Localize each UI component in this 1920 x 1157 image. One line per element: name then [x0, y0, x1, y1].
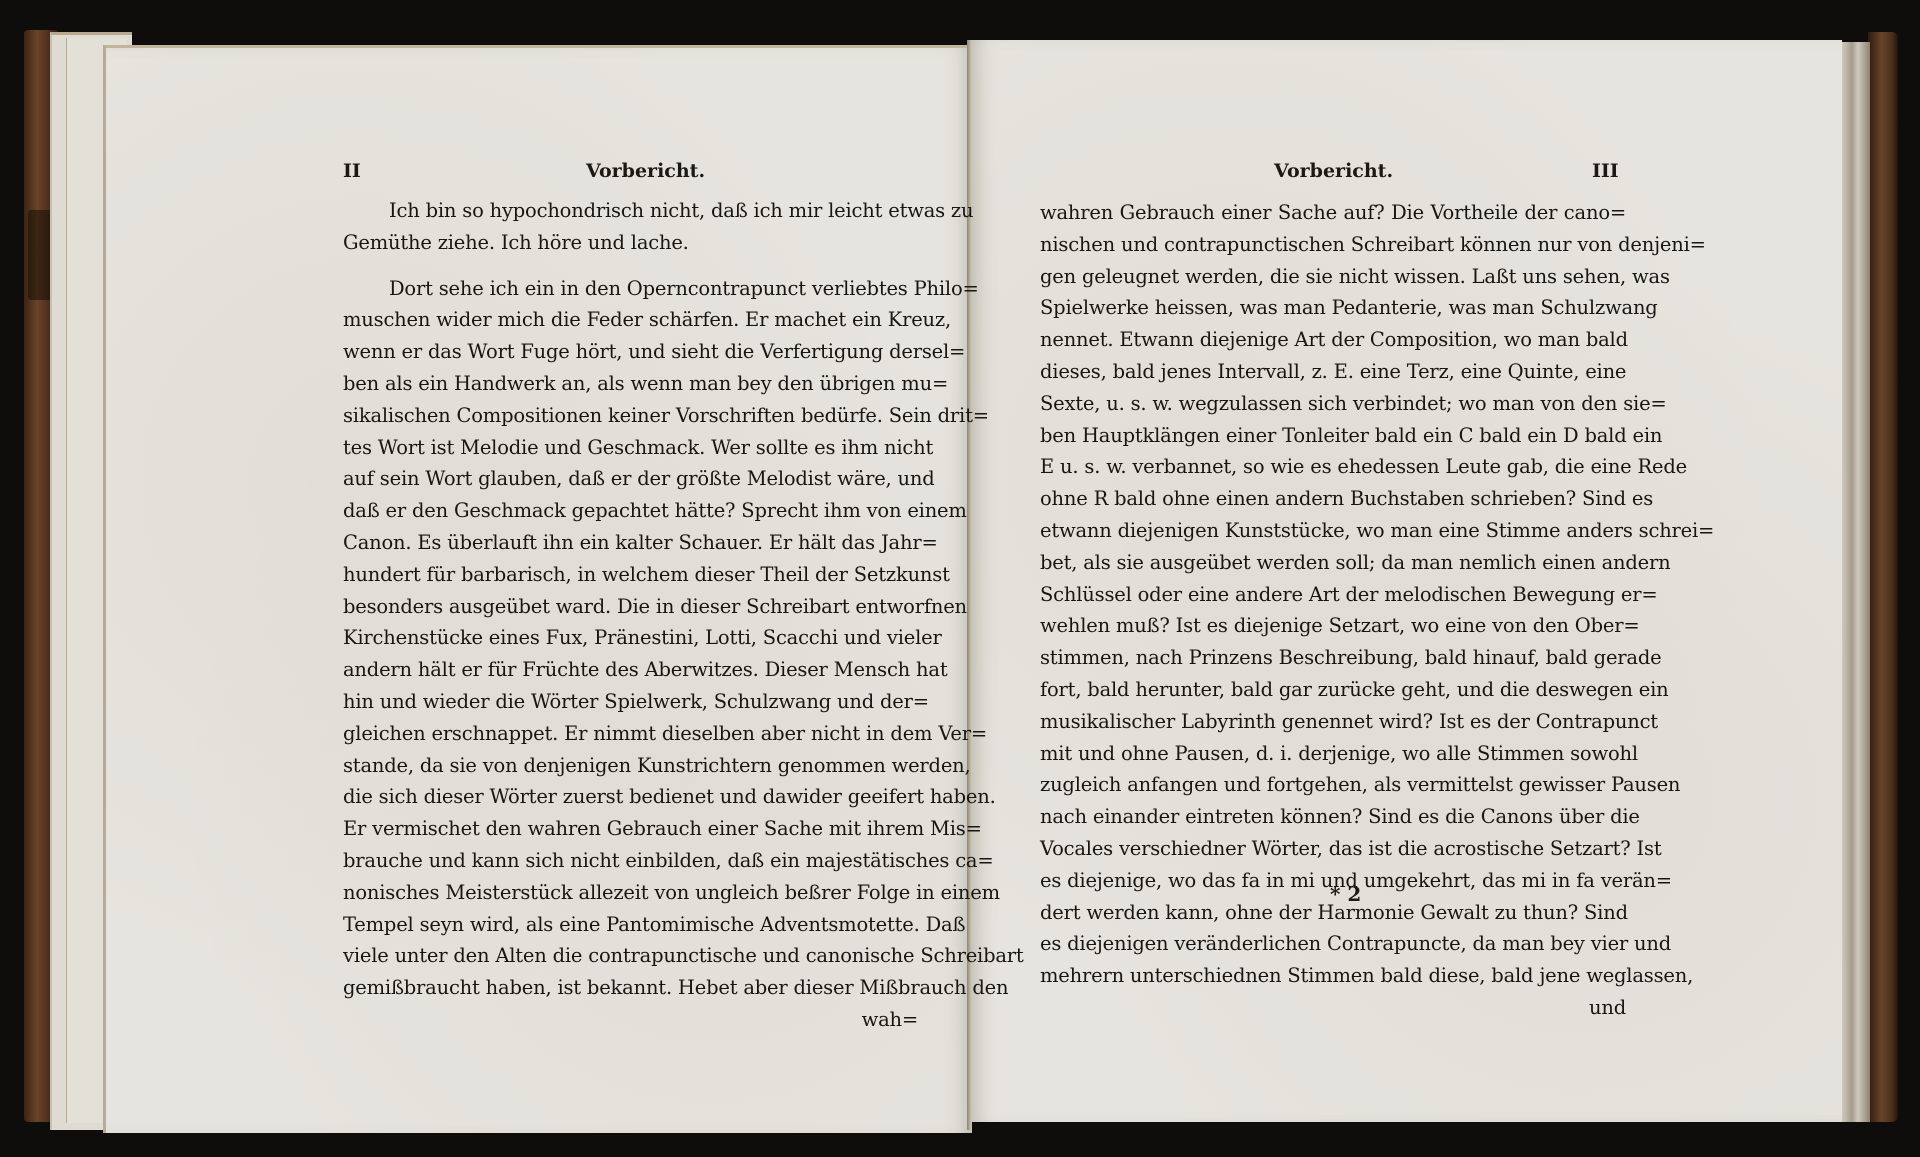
text-line: Er vermischet den wahren Gebrauch einer … [343, 813, 918, 845]
text-line: wenn er das Wort Fuge hört, und sieht di… [343, 336, 918, 368]
text-line: zugleich anfangen und fortgehen, als ver… [1040, 769, 1626, 801]
text-line: Kirchenstücke eines Fux, Pränestini, Lot… [343, 622, 918, 654]
text-line: ohne R bald ohne einen andern Buchstaben… [1040, 483, 1626, 515]
text-line: Dort sehe ich ein in den Operncontrapunc… [343, 273, 918, 305]
text-line: hundert für barbarisch, in welchem diese… [343, 559, 918, 591]
text-line: daß er den Geschmack gepachtet hätte? Sp… [343, 495, 918, 527]
text-line: Tempel seyn wird, als eine Pantomimische… [343, 909, 918, 941]
text-line: Gemüthe ziehe. Ich höre und lache. [343, 227, 918, 259]
text-line: es diejenigen veränderlichen Contrapunct… [1040, 928, 1626, 960]
text-line: Sexte, u. s. w. wegzulassen sich verbind… [1040, 388, 1626, 420]
text-line: Vocales verschiedner Wörter, das ist die… [1040, 833, 1626, 865]
text-line: Schlüssel oder eine andere Art der melod… [1040, 579, 1626, 611]
text-line: brauche und kann sich nicht einbilden, d… [343, 845, 918, 877]
text-line: sikalischen Compositionen keiner Vorschr… [343, 400, 918, 432]
right-page-number: III [1592, 160, 1619, 182]
text-line: nonisches Meisterstück allezeit von ungl… [343, 877, 918, 909]
text-line: hin und wieder die Wörter Spielwerk, Sch… [343, 686, 918, 718]
text-line: stande, da sie von denjenigen Kunstricht… [343, 750, 918, 782]
catchword: wah= [343, 1004, 918, 1036]
text-line: etwann diejenigen Kunststücke, wo man ei… [1040, 515, 1626, 547]
text-line: mehrern unterschiednen Stimmen bald dies… [1040, 960, 1626, 992]
text-line: E u. s. w. verbannet, so wie es ehedesse… [1040, 451, 1626, 483]
text-line: stimmen, nach Prinzens Beschreibung, bal… [1040, 642, 1626, 674]
text-line: die sich dieser Wörter zuerst bedienet u… [343, 781, 918, 813]
right-running-head: Vorbericht. [1274, 160, 1393, 182]
text-line: mit und ohne Pausen, d. i. derjenige, wo… [1040, 738, 1626, 770]
text-line: nennet. Etwann diejenige Art der Composi… [1040, 324, 1626, 356]
text-line: Canon. Es überlauft ihn ein kalter Schau… [343, 527, 918, 559]
text-line: gen geleugnet werden, die sie nicht wiss… [1040, 261, 1626, 293]
text-line: ben als ein Handwerk an, als wenn man be… [343, 368, 918, 400]
text-line: gleichen erschnappet. Er nimmt dieselben… [343, 718, 918, 750]
text-line: Ich bin so hypochondrisch nicht, daß ich… [343, 195, 918, 227]
text-line: wahren Gebrauch einer Sache auf? Die Vor… [1040, 197, 1626, 229]
text-line: musikalischer Labyrinth genennet wird? I… [1040, 706, 1626, 738]
text-line: bet, als sie ausgeübet werden soll; da m… [1040, 547, 1626, 579]
signature-mark: * 2 [1330, 882, 1361, 906]
text-line: Spielwerke heissen, was man Pedanterie, … [1040, 292, 1626, 324]
text-line: auf sein Wort glauben, daß er der größte… [343, 463, 918, 495]
text-line: ben Hauptklängen einer Tonleiter bald ei… [1040, 420, 1626, 452]
text-line: fort, bald herunter, bald gar zurücke ge… [1040, 674, 1626, 706]
left-page-number: II [343, 160, 361, 182]
text-line: gemißbraucht haben, ist bekannt. Hebet a… [343, 972, 918, 1004]
text-line: dieses, bald jenes Intervall, z. E. eine… [1040, 356, 1626, 388]
left-page-body: Ich bin so hypochondrisch nicht, daß ich… [343, 195, 918, 1036]
text-line: andern hält er für Früchte des Aberwitze… [343, 654, 918, 686]
catchword: und [1040, 992, 1626, 1024]
book-cover-right-edge [1868, 32, 1898, 1122]
text-line: muschen wider mich die Feder schärfen. E… [343, 304, 918, 336]
text-line: nach einander eintreten können? Sind es … [1040, 801, 1626, 833]
left-running-head: Vorbericht. [586, 160, 705, 182]
text-line: tes Wort ist Melodie und Geschmack. Wer … [343, 432, 918, 464]
text-line: viele unter den Alten die contrapunctisc… [343, 940, 918, 972]
text-line: wehlen muß? Ist es diejenige Setzart, wo… [1040, 610, 1626, 642]
text-line: besonders ausgeübet ward. Die in dieser … [343, 591, 918, 623]
text-line: nischen und contrapunctischen Schreibart… [1040, 229, 1626, 261]
page-stack-right [1840, 42, 1870, 1122]
